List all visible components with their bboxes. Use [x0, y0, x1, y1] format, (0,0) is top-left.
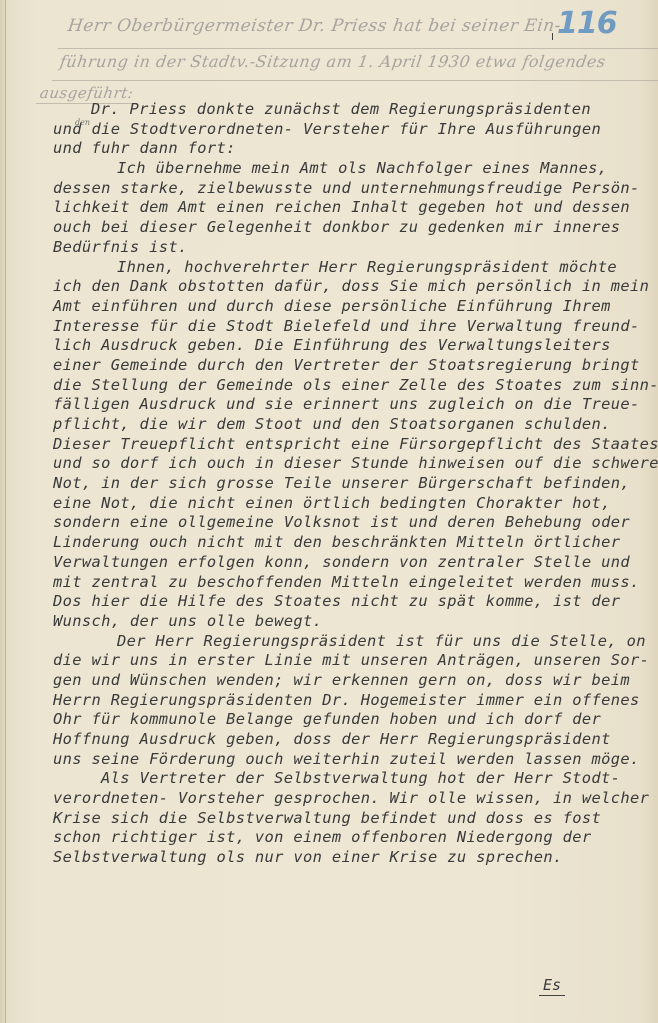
text-line: die wir uns in erster Linie mit unseren …	[53, 651, 653, 671]
text-line: Not, in der sich grosse Teile unserer Bü…	[53, 474, 653, 494]
text-line: ouch bei dieser Gelegenheit donkbor zu g…	[53, 218, 653, 238]
text-line: schon richtiger ist, von einem offenbore…	[53, 828, 653, 848]
page-number: 116	[557, 6, 617, 41]
text-line: eine Not, die nicht einen örtlich beding…	[53, 494, 653, 514]
text-line: Verwaltungen erfolgen konn, sondern von …	[53, 553, 653, 573]
text-line: verordneten- Vorsteher gesprochen. Wir o…	[53, 789, 653, 809]
text-line: Hoffnung Ausdruck geben, doss der Herr R…	[53, 730, 653, 750]
text-line: Herrn Regierungspräsidenten Dr. Hogemeis…	[53, 691, 653, 711]
text-line: gen und Wünschen wenden; wir erkennen ge…	[53, 671, 653, 691]
text-line: Amt einführen und durch diese persönlich…	[53, 297, 653, 317]
text-line: Interesse für die Stodt Bielefeld und ih…	[53, 317, 653, 337]
text-line: Bedürfnis ist.	[53, 238, 653, 258]
text-line: Linderung ouch nicht mit den beschränkte…	[53, 533, 653, 553]
text-line: pflicht, die wir dem Stoot und den Stoat…	[53, 415, 653, 435]
catchword: Es	[539, 976, 565, 996]
text-line: und so dorf ich ouch in dieser Stunde hi…	[53, 454, 653, 474]
text-line: Selbstverwaltung ols nur von einer Krise…	[53, 848, 653, 868]
text-line: Ohr für kommunole Belange gefunden hoben…	[53, 710, 653, 730]
page-edge	[5, 0, 6, 1023]
text-line: Als Vertreter der Selbstverwaltung hot d…	[53, 769, 653, 789]
text-line: Dos hier die Hilfe des Stoates nicht zu …	[53, 592, 653, 612]
text-line: sondern eine ollgemeine Volksnot ist und…	[53, 513, 653, 533]
text-line: fälligen Ausdruck und sie erinnert uns z…	[53, 395, 653, 415]
text-line: lichkeit dem Amt einen reichen Inhalt ge…	[53, 198, 653, 218]
text-line: dessen starke, zielbewusste und unterneh…	[53, 179, 653, 199]
typed-body: Dr. Priess donkte zunächst dem Regierung…	[53, 100, 653, 868]
text-line: mit zentral zu beschoffenden Mitteln ein…	[53, 573, 653, 593]
text-line: Ich übernehme mein Amt ols Nachfolger ei…	[53, 159, 653, 179]
text-line: Dieser Treuepflicht entspricht eine Fürs…	[53, 435, 653, 455]
text-line: Dr. Priess donkte zunächst dem Regierung…	[53, 100, 653, 120]
text-line: Ihnen, hochverehrter Herr Regierungspräs…	[53, 258, 653, 278]
document-page: Herr Oberbürgermeister Dr. Priess hat be…	[0, 0, 658, 1023]
pencil-tick	[552, 33, 553, 40]
text-line: die Stellung der Gemeinde ols einer Zell…	[53, 376, 653, 396]
text-line: einer Gemeinde durch den Vertreter der S…	[53, 356, 653, 376]
text-line: uns seine Förderung ouch weiterhin zutei…	[53, 750, 653, 770]
text-line: lich Ausdruck geben. Die Einführung des …	[53, 336, 653, 356]
text-line: und die Stodtverordneten- Versteher für …	[53, 120, 653, 140]
text-line: Der Herr Regierungspräsident ist für uns…	[53, 632, 653, 652]
handwritten-header-line-2: führung in der Stadtv.-Sitzung am 1. Apr…	[59, 52, 607, 71]
text-line: Wunsch, der uns olle bewegt.	[53, 612, 653, 632]
header-rule-1	[58, 48, 658, 49]
text-line: Krise sich die Selbstverwaltung befindet…	[53, 809, 653, 829]
text-line: ich den Dank obstotten dafür, doss Sie m…	[53, 277, 653, 297]
header-rule-2	[52, 80, 658, 81]
text-line: und fuhr dann fort:	[53, 139, 653, 159]
